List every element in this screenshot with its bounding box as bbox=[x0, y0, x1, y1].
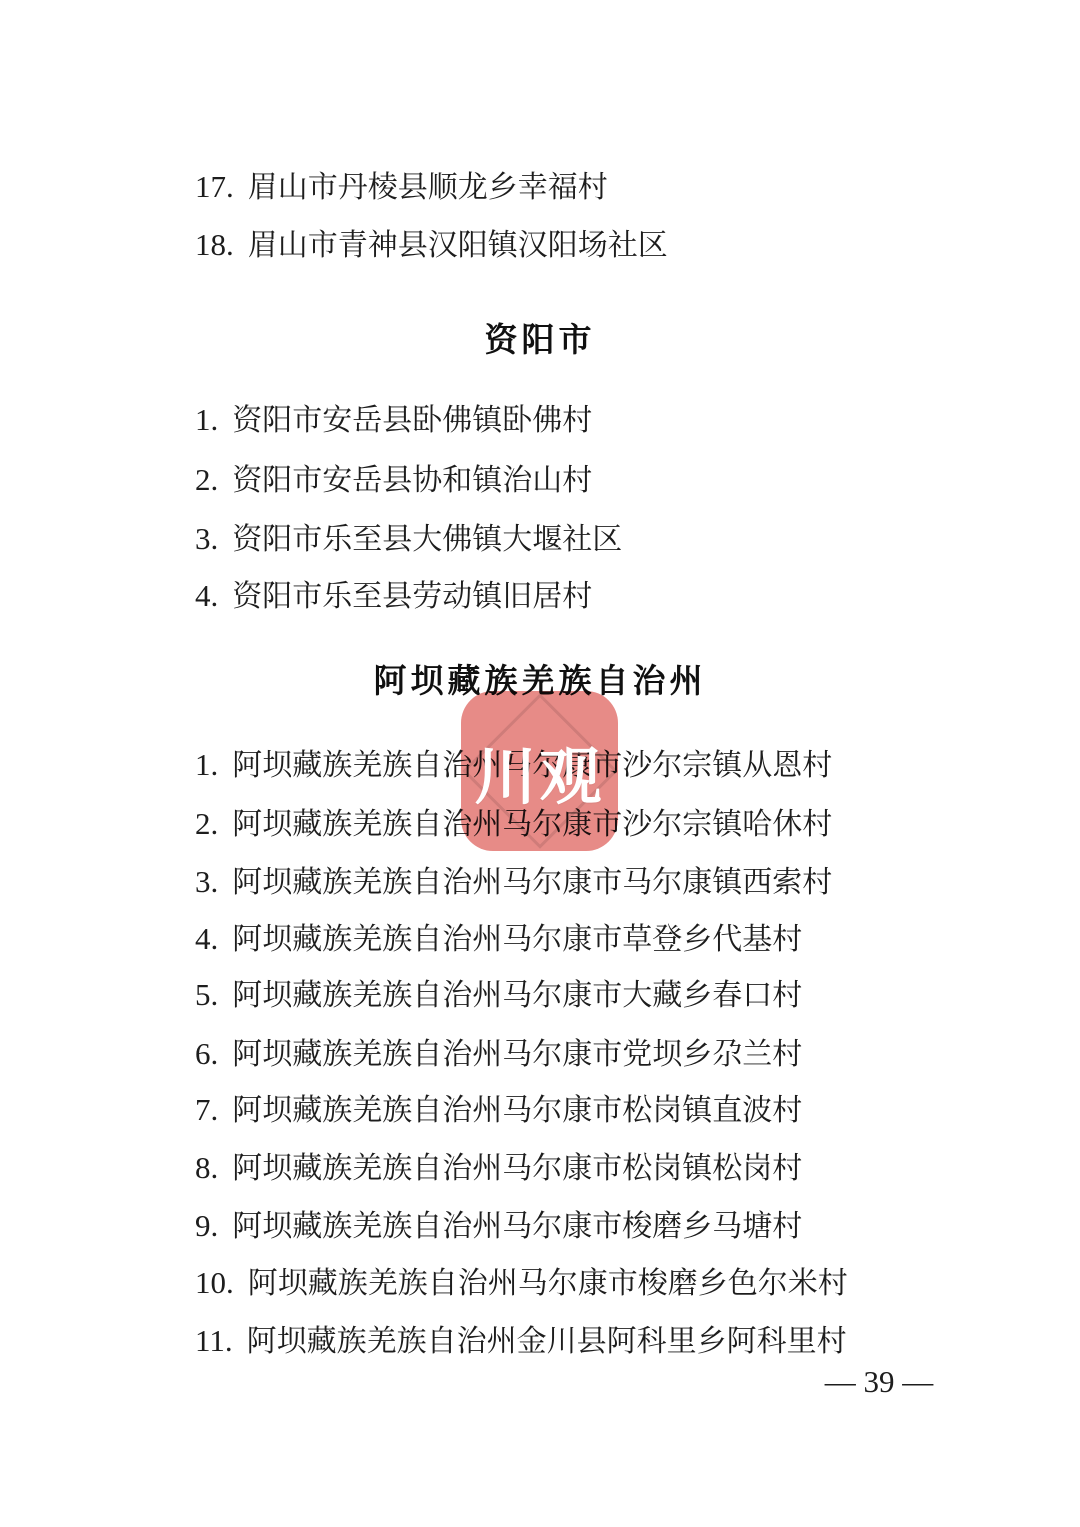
list-item: 5.阿坝藏族羌族自治州马尔康市大藏乡春口村 bbox=[195, 978, 802, 1013]
list-item-number: 6. bbox=[195, 1037, 218, 1071]
list-item-number: 9. bbox=[195, 1209, 218, 1243]
list-item-number: 7. bbox=[195, 1093, 218, 1127]
list-item-number: 11. bbox=[195, 1324, 233, 1358]
page-number: — 39 — bbox=[779, 1364, 979, 1400]
list-item: 18.眉山市青神县汉阳镇汉阳场社区 bbox=[195, 228, 668, 263]
list-item-number: 18. bbox=[195, 228, 234, 262]
list-item-text: 眉山市丹棱县顺龙乡幸福村 bbox=[248, 171, 608, 204]
list-item: 4.阿坝藏族羌族自治州马尔康市草登乡代基村 bbox=[195, 922, 802, 957]
list-item-text: 眉山市青神县汉阳镇汉阳场社区 bbox=[248, 229, 668, 262]
list-item-text: 资阳市安岳县卧佛镇卧佛村 bbox=[232, 404, 592, 437]
list-item-number: 17. bbox=[195, 170, 234, 204]
list-item-text: 资阳市安岳县协和镇治山村 bbox=[232, 464, 592, 497]
list-item: 2.资阳市安岳县协和镇治山村 bbox=[195, 463, 592, 498]
document-page: 17.眉山市丹棱县顺龙乡幸福村 18.眉山市青神县汉阳镇汉阳场社区 资阳市 1.… bbox=[0, 0, 1080, 1527]
list-item-number: 5. bbox=[195, 978, 218, 1012]
list-item: 6.阿坝藏族羌族自治州马尔康市党坝乡尕兰村 bbox=[195, 1037, 802, 1072]
list-item-number: 1. bbox=[195, 403, 218, 437]
list-item-number: 4. bbox=[195, 579, 218, 613]
list-item-text: 阿坝藏族羌族自治州马尔康市松岗镇松岗村 bbox=[232, 1152, 802, 1185]
section-heading-ziyang: 资阳市 bbox=[0, 314, 1080, 361]
list-item-number: 2. bbox=[195, 807, 218, 841]
list-item: 10.阿坝藏族羌族自治州马尔康市梭磨乡色尔米村 bbox=[195, 1266, 848, 1301]
list-item-text: 阿坝藏族羌族自治州马尔康市梭磨乡色尔米村 bbox=[248, 1267, 848, 1300]
list-item-number: 1. bbox=[195, 748, 218, 782]
list-item: 1.资阳市安岳县卧佛镇卧佛村 bbox=[195, 403, 592, 438]
list-item-text: 阿坝藏族羌族自治州马尔康市草登乡代基村 bbox=[232, 923, 802, 956]
list-item-text: 阿坝藏族羌族自治州马尔康市党坝乡尕兰村 bbox=[232, 1038, 802, 1071]
list-item-text: 阿坝藏族羌族自治州马尔康市梭磨乡马塘村 bbox=[232, 1210, 802, 1243]
list-item: 17.眉山市丹棱县顺龙乡幸福村 bbox=[195, 170, 608, 205]
list-item: 9.阿坝藏族羌族自治州马尔康市梭磨乡马塘村 bbox=[195, 1209, 802, 1244]
list-item-number: 8. bbox=[195, 1151, 218, 1185]
list-item-number: 3. bbox=[195, 522, 218, 556]
list-item-number: 10. bbox=[195, 1266, 234, 1300]
list-item: 8.阿坝藏族羌族自治州马尔康市松岗镇松岗村 bbox=[195, 1151, 802, 1186]
list-item-text: 阿坝藏族羌族自治州马尔康市马尔康镇西索村 bbox=[232, 866, 832, 899]
list-item: 11.阿坝藏族羌族自治州金川县阿科里乡阿科里村 bbox=[195, 1324, 847, 1359]
watermark-text: 川观 bbox=[461, 691, 618, 851]
list-item: 7.阿坝藏族羌族自治州马尔康市松岗镇直波村 bbox=[195, 1093, 802, 1128]
list-item: 3.阿坝藏族羌族自治州马尔康市马尔康镇西索村 bbox=[195, 865, 832, 900]
list-item-text: 阿坝藏族羌族自治州金川县阿科里乡阿科里村 bbox=[247, 1325, 847, 1358]
list-item-text: 资阳市乐至县大佛镇大堰社区 bbox=[232, 523, 622, 556]
watermark: 川观 bbox=[461, 691, 618, 851]
list-item-text: 阿坝藏族羌族自治州马尔康市大藏乡春口村 bbox=[232, 979, 802, 1012]
list-item-text: 阿坝藏族羌族自治州马尔康市松岗镇直波村 bbox=[232, 1094, 802, 1127]
list-item-number: 3. bbox=[195, 865, 218, 899]
list-item-number: 4. bbox=[195, 922, 218, 956]
list-item: 4.资阳市乐至县劳动镇旧居村 bbox=[195, 579, 592, 614]
list-item: 3.资阳市乐至县大佛镇大堰社区 bbox=[195, 522, 622, 557]
list-item-number: 2. bbox=[195, 463, 218, 497]
list-item-text: 资阳市乐至县劳动镇旧居村 bbox=[232, 580, 592, 613]
